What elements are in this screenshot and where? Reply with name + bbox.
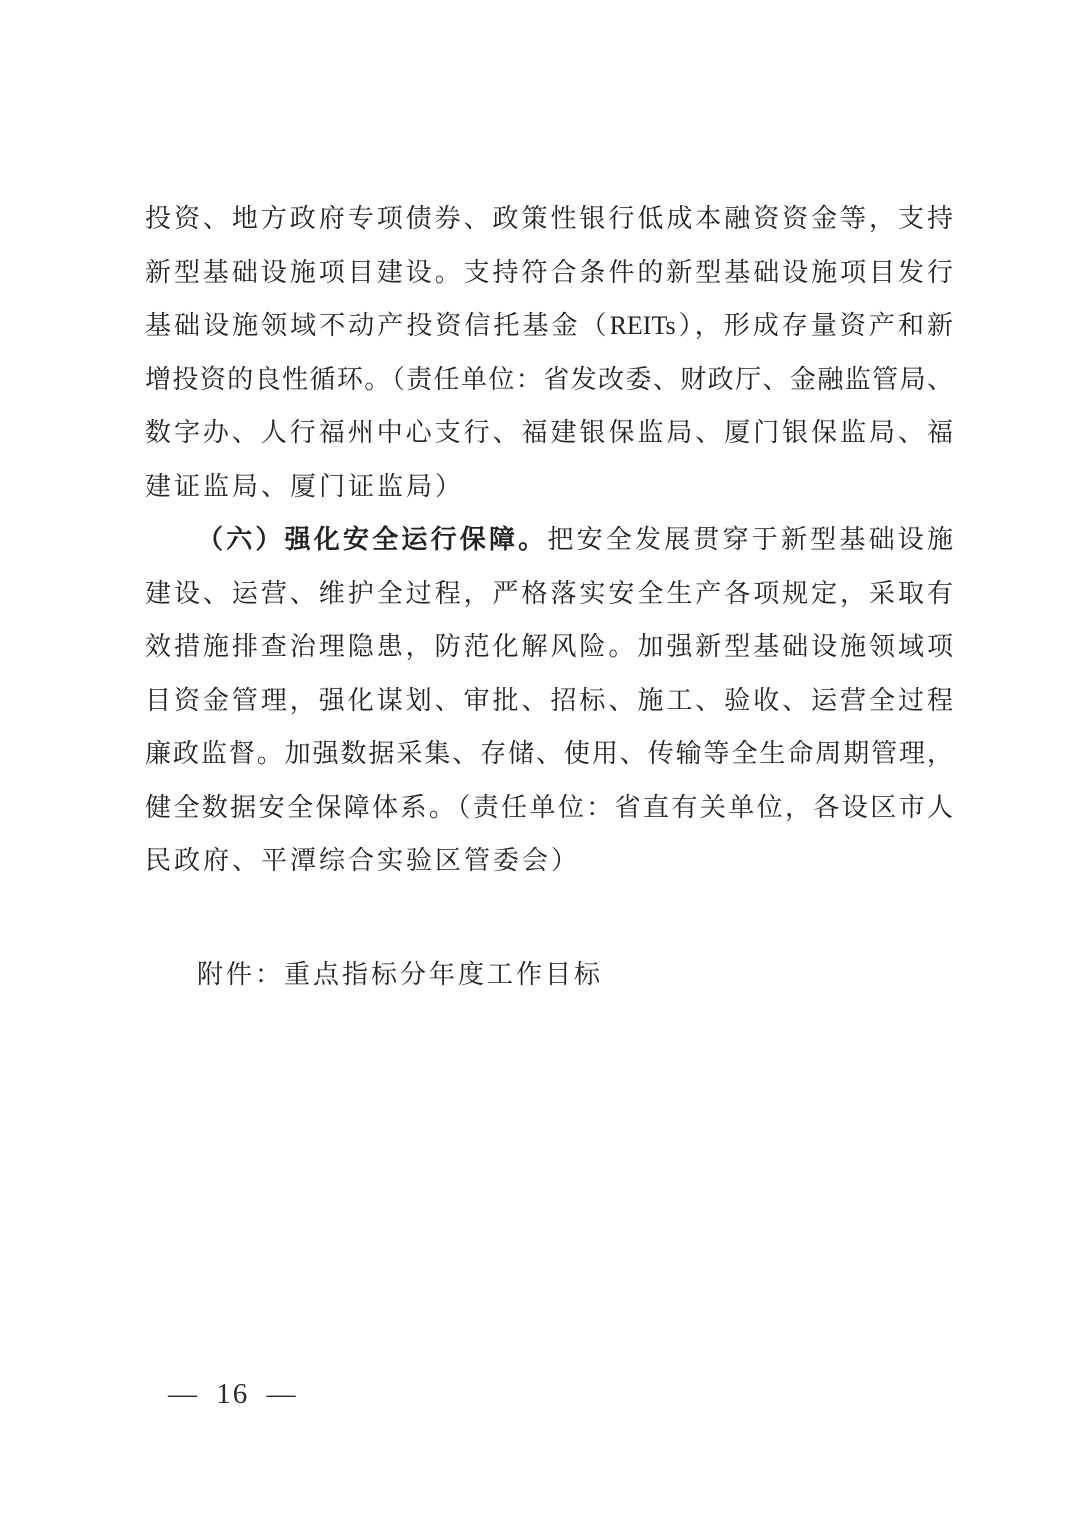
text-line: 目资金管理，强化谋划、审批、招标、施工、验收、运营全过程	[145, 674, 953, 728]
section-heading: （六）强化安全运行保障。	[197, 525, 547, 554]
text-line: 数字办、人行福州中心支行、福建银保监局、厦门银保监局、福	[145, 406, 953, 460]
text-line: 建设、运营、维护全过程，严格落实安全生产各项规定，采取有	[145, 567, 953, 621]
body-text-block: 投资、地方政府专项债券、政策性银行低成本融资资金等，支持 新型基础设施项目建设。…	[145, 192, 953, 1001]
text-line: 基础设施领域不动产投资信托基金（REITs），形成存量资产和新	[145, 299, 953, 353]
text-line: 增投资的良性循环。（责任单位：省发改委、财政厅、金融监管局、	[145, 353, 953, 407]
text-line: 效措施排查治理隐患，防范化解风险。加强新型基础设施领域项	[145, 620, 953, 674]
text-line: 建证监局、厦门证监局）	[145, 460, 953, 514]
section-heading-rest: 把安全发展贯穿于新型基础设施	[547, 525, 953, 554]
text-line: 民政府、平潭综合实验区管委会）	[145, 834, 953, 888]
text-line: 健全数据安全保障体系。（责任单位：省直有关单位，各设区市人	[145, 781, 953, 835]
attachment-note: 附件：重点指标分年度工作目标	[145, 948, 953, 1002]
text-line: 投资、地方政府专项债券、政策性银行低成本融资资金等，支持	[145, 192, 953, 246]
text-line: 新型基础设施项目建设。支持符合条件的新型基础设施项目发行	[145, 246, 953, 300]
text-line: 廉政监督。加强数据采集、存储、使用、传输等全生命周期管理，	[145, 727, 953, 781]
page-number: — 16 —	[168, 1374, 298, 1414]
section-heading-line: （六）强化安全运行保障。把安全发展贯穿于新型基础设施	[145, 513, 953, 567]
document-page: 投资、地方政府专项债券、政策性银行低成本融资资金等，支持 新型基础设施项目建设。…	[0, 0, 1080, 1527]
